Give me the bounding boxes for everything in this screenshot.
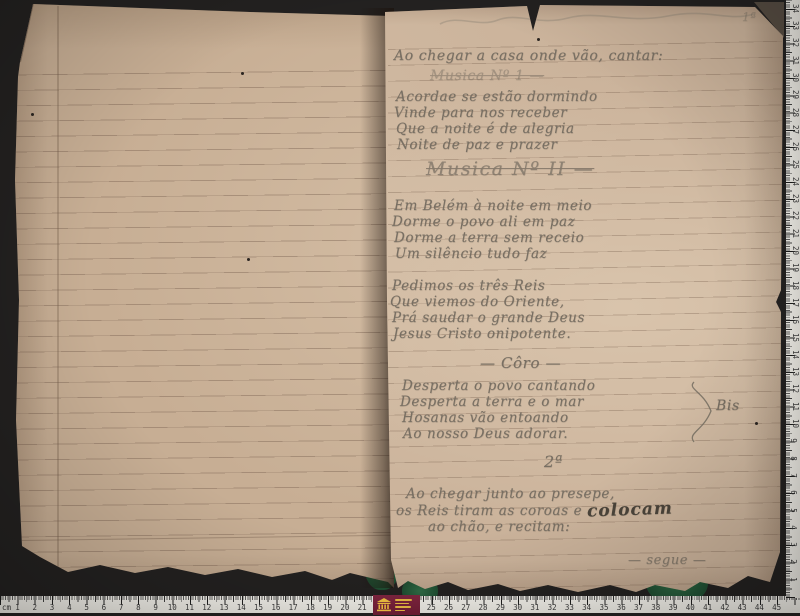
ruler-number: 42 [720, 603, 729, 612]
ruler-number: 31 [530, 603, 539, 612]
ruler-number: 30 [791, 73, 800, 82]
ruler-number: 13 [791, 367, 800, 376]
intro-line: Ao chegar a casa onde vão, cantar: [394, 48, 663, 64]
ruler-number: 14 [791, 350, 800, 359]
paper-speck [537, 38, 540, 41]
ruler-number: 18 [306, 603, 315, 612]
chorus: Desperta o povo cantandoDesperta a terra… [402, 378, 595, 442]
ruler-number: 18 [791, 281, 800, 290]
ruler-number: 4 [67, 603, 72, 612]
ruler-number: 11 [791, 402, 800, 411]
manuscript-line: Que a noite é de alegria [396, 121, 598, 137]
ruler-number: 22 [791, 211, 800, 220]
ruler-number: 36 [617, 603, 626, 612]
ruler-number: 26 [791, 142, 800, 151]
manuscript-line: Noite de paz e prazer [397, 137, 598, 153]
verse-4-line-3: ao chão, e recitam: [428, 519, 570, 535]
cm-unit-label: cm [2, 603, 11, 612]
ruler-number: 31 [791, 56, 800, 65]
ruler-number: 5 [84, 603, 89, 612]
ruler-number: 28 [791, 108, 800, 117]
ruler-number: 38 [651, 603, 660, 612]
ruler-number: 2 [789, 560, 798, 565]
ruler-number: 3 [789, 542, 798, 547]
manuscript-line: Dorme o povo ali em paz [392, 214, 592, 230]
ruler-number: 34 [582, 603, 591, 612]
manuscript-line: Vinde para nos receber [394, 105, 598, 121]
paper-speck [241, 72, 244, 75]
ruler-number: 19 [791, 263, 800, 272]
ruler-number: 44 [755, 603, 764, 612]
manuscript-line: Prá saudar o grande Deus [392, 310, 585, 326]
ruler-number: 10 [791, 419, 800, 428]
manuscript-line: Em Belém à noite em meio [394, 198, 592, 214]
ruler-number: 45 [772, 603, 781, 612]
archive-stamp [373, 595, 420, 615]
ruler-number: 32 [791, 38, 800, 47]
manuscript-line: Desperta o povo cantando [402, 378, 595, 394]
ruler-number: 9 [789, 439, 798, 444]
ruler-number: 25 [427, 603, 436, 612]
ruler-number: 7 [119, 603, 124, 612]
ruler-number: 21 [358, 603, 367, 612]
ruler-number: 32 [548, 603, 557, 612]
ruler-number: 16 [791, 315, 800, 324]
ruler-number: 39 [669, 603, 678, 612]
ruler-number: 35 [599, 603, 608, 612]
part-2-label: 2ª [544, 452, 563, 471]
ruler-number: 29 [791, 90, 800, 99]
ruler-number: 29 [496, 603, 505, 612]
ruler-number: 25 [791, 159, 800, 168]
faint-scribble [438, 8, 758, 34]
ruler-number: 5 [789, 508, 798, 513]
manuscript-line: Jesus Cristo onipotente. [393, 326, 585, 342]
ruler-number: 17 [289, 603, 298, 612]
verse-3: Pedimos os três ReisQue viemos do Orient… [392, 278, 585, 342]
manuscript-line: Acordae se estão dormindo [396, 89, 598, 105]
ruler-number: 13 [220, 603, 229, 612]
ruler-number: 33 [565, 603, 574, 612]
manuscript-scan: { "scan": { "background_color": "#232120… [0, 0, 800, 616]
ruler-number: 2 [33, 603, 38, 612]
ruler-number: 27 [791, 125, 800, 134]
verse-1: Acordae se estão dormindoVinde para nos … [396, 89, 598, 153]
ruler-number: 15 [254, 603, 263, 612]
ruler-number: 15 [791, 332, 800, 341]
ruler-number: 19 [323, 603, 332, 612]
paper-speck [31, 113, 34, 116]
ruler-number: 1 [789, 577, 798, 582]
paper-speck [755, 422, 758, 425]
ruler-number: 1 [15, 603, 20, 612]
struck-heading-2: Musica Nº II — [426, 158, 594, 180]
verse-2: Em Belém à noite em meioDorme o povo ali… [394, 198, 592, 262]
verse-4-line-1: Ao chegar junto ao presepe, [406, 486, 615, 502]
ruler-number: 20 [791, 246, 800, 255]
struck-heading-1: Musica Nº 1 — [430, 68, 544, 84]
ruler-number: 24 [791, 177, 800, 186]
ruler-number: 16 [271, 603, 280, 612]
museum-building-icon [376, 598, 392, 612]
right-cm-ruler: 1234567891011121314151617181920212223242… [786, 0, 800, 598]
ruler-number: 34 [791, 4, 800, 13]
ruler-number: 4 [789, 525, 798, 530]
ruler-number: 30 [513, 603, 522, 612]
manuscript-line: Que viemos do Oriente, [390, 294, 585, 310]
page-number-note: 1ª [742, 10, 757, 24]
ruler-number: 43 [738, 603, 747, 612]
verse-4-line-2: os Reis tiram as coroas e colocam [396, 502, 673, 519]
ruler-number: 14 [237, 603, 246, 612]
inserted-word: colocam [587, 501, 673, 520]
ruler-number: 37 [634, 603, 643, 612]
corner-fold-crease [20, 2, 34, 62]
manuscript-line: Desperta a terra e o mar [400, 394, 595, 410]
ruler-number: 20 [340, 603, 349, 612]
ruler-number: 33 [791, 21, 800, 30]
ruler-number: 12 [202, 603, 211, 612]
manuscript-line: Ao nosso Deus adorar. [403, 426, 595, 442]
ruler-number: 26 [444, 603, 453, 612]
paper-speck [247, 258, 250, 261]
manuscript-line: Hosanas vão entoando [402, 410, 595, 426]
ruler-number: 17 [791, 298, 800, 307]
ruler-number: 23 [791, 194, 800, 203]
stamp-text-lines [395, 599, 412, 611]
ruler-number: 8 [789, 456, 798, 461]
ruler-number: 9 [153, 603, 158, 612]
ruled-lines [14, 60, 396, 584]
ruler-number: 27 [461, 603, 470, 612]
ruler-number: 12 [791, 384, 800, 393]
ruler-number: 6 [102, 603, 107, 612]
bis-label: Bis [716, 398, 740, 414]
ruler-number: 10 [168, 603, 177, 612]
ruler-number: 28 [479, 603, 488, 612]
chorus-heading: — Côro — [480, 354, 561, 372]
ruler-number: 6 [789, 490, 798, 495]
ruler-number: 21 [791, 229, 800, 238]
manuscript-line: Pedimos os três Reis [392, 278, 585, 294]
verse-4-line-2-text: os Reis tiram as coroas e [396, 503, 587, 519]
ruler-number: 40 [686, 603, 695, 612]
ruler-number: 7 [789, 473, 798, 478]
ruler-number: 8 [136, 603, 141, 612]
manuscript-line: Dorme a terra sem receio [394, 230, 592, 246]
ruler-number: 41 [703, 603, 712, 612]
manuscript-line: Um silêncio tudo faz [395, 246, 592, 262]
ruler-number: 3 [50, 603, 55, 612]
ruler-number: 11 [185, 603, 194, 612]
segue-note: — segue — [628, 553, 706, 568]
